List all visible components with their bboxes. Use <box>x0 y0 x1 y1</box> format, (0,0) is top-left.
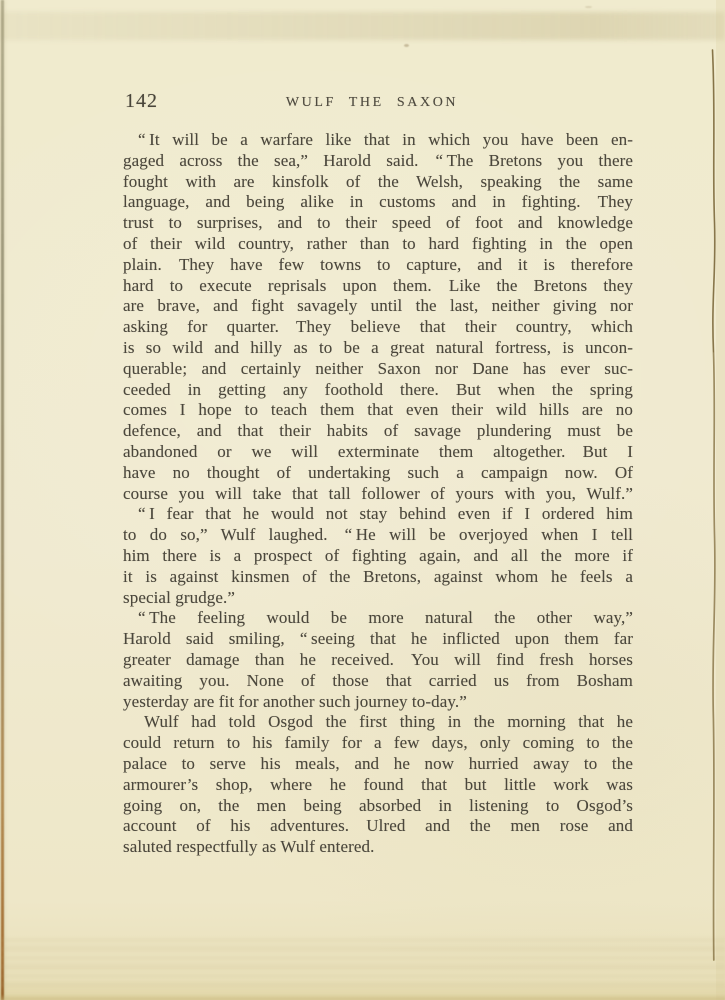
text-line: asking for quarter. They believe that th… <box>123 317 633 338</box>
text-line: Wulf had told Osgod the first thing in t… <box>123 712 633 733</box>
text-line: him there is a prospect of fighting agai… <box>123 546 633 567</box>
text-line: going on, the men being absorbed in list… <box>123 796 633 817</box>
paragraph: “ The feeling would be more natural the … <box>123 608 633 712</box>
text-block: “ It will be a warfare like that in whic… <box>123 130 633 858</box>
running-title: WULF THE SAXON <box>123 95 621 111</box>
text-line: trust to surprises, and to their speed o… <box>123 213 633 234</box>
paragraph: “ It will be a warfare like that in whic… <box>123 130 633 504</box>
text-line: querable; and certainly neither Saxon no… <box>123 359 633 380</box>
text-line: yesterday are fit for another such journ… <box>123 692 633 713</box>
text-line: Harold said smiling, “ seeing that he in… <box>123 629 633 650</box>
text-line: “ The feeling would be more natural the … <box>123 608 633 629</box>
text-line: fought with are kinsfolk of the Welsh, s… <box>123 172 633 193</box>
text-line: hard to execute reprisals upon them. Lik… <box>123 276 633 297</box>
text-line: defence, and that their habits of savage… <box>123 421 633 442</box>
text-line: awaiting you. None of those that carried… <box>123 671 633 692</box>
text-line: is so wild and hilly as to be a great na… <box>123 338 633 359</box>
paragraph: “ I fear that he would not stay behind e… <box>123 504 633 608</box>
book-page-scan: 142 WULF THE SAXON “ It will be a warfar… <box>0 0 725 1000</box>
text-line: it is against kinsmen of the Bretons, ag… <box>123 567 633 588</box>
text-line: are brave, and fight savagely until the … <box>123 296 633 317</box>
text-line: to do so,” Wulf laughed. “ He will be ov… <box>123 525 633 546</box>
text-line: abandoned or we will exterminate them al… <box>123 442 633 463</box>
text-line: saluted respectfully as Wulf entered. <box>123 837 633 858</box>
page-header: 142 WULF THE SAXON <box>123 90 633 116</box>
text-line: have no thought of undertaking such a ca… <box>123 463 633 484</box>
text-line: course you will take that tall follower … <box>123 484 633 505</box>
text-line: armourer’s shop, where he found that but… <box>123 775 633 796</box>
text-line: of their wild country, rather than to ha… <box>123 234 633 255</box>
text-line: special grudge.” <box>123 588 633 609</box>
paragraph: Wulf had told Osgod the first thing in t… <box>123 712 633 858</box>
text-line: “ It will be a warfare like that in whic… <box>123 130 633 151</box>
text-line: “ I fear that he would not stay behind e… <box>123 504 633 525</box>
text-line: ceeded in getting any foothold there. Bu… <box>123 380 633 401</box>
text-line: comes I hope to teach them that even the… <box>123 400 633 421</box>
text-line: could return to his family for a few day… <box>123 733 633 754</box>
text-line: plain. They have few towns to capture, a… <box>123 255 633 276</box>
text-line: language, and being alike in customs and… <box>123 192 633 213</box>
text-line: greater damage than he received. You wil… <box>123 650 633 671</box>
text-line: account of his adventures. Ulred and the… <box>123 816 633 837</box>
text-line: palace to serve his meals, and he now hu… <box>123 754 633 775</box>
text-line: gaged across the sea,” Harold said. “ Th… <box>123 151 633 172</box>
